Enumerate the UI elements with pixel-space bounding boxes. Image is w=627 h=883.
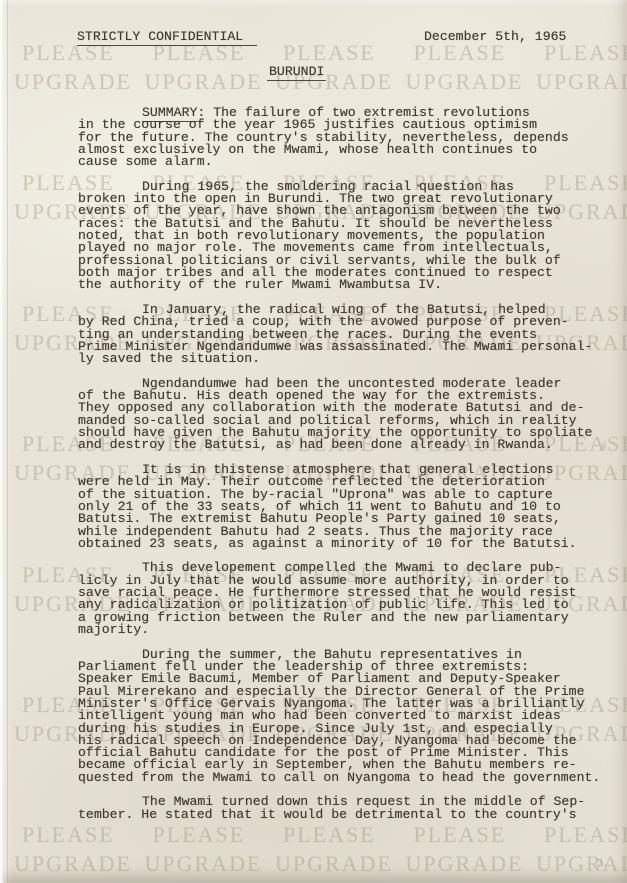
document-date: December 5th, 1965 bbox=[424, 29, 566, 44]
text-line: cause some alarm. bbox=[78, 156, 578, 168]
text-line: a growing friction between the Ruler and… bbox=[78, 612, 578, 624]
text-line: majority. bbox=[78, 624, 578, 636]
paragraph: SUMMARY: The failure of two extremist re… bbox=[78, 107, 578, 169]
text-line: the authority of the ruler Mwami Mwambut… bbox=[78, 279, 578, 291]
text-line: and destroy the Batutsi, as had been don… bbox=[78, 439, 578, 451]
text-line: quested from the Mwami to call on Nyango… bbox=[78, 772, 578, 784]
paragraph: This developement compelled the Mwami to… bbox=[78, 562, 578, 636]
text-line: obtained 23 seats, as against a minority… bbox=[78, 538, 578, 550]
paragraph: The Mwami turned down this request in th… bbox=[78, 796, 578, 821]
text-line: tember. He stated that it would be detri… bbox=[78, 809, 578, 821]
typed-content: STRICTLY CONFIDENTIAL December 5th, 1965… bbox=[0, 0, 627, 883]
page-number: 3. bbox=[597, 858, 607, 870]
ink-speck bbox=[417, 184, 420, 187]
paragraph: In January, the radical wing of the Batu… bbox=[78, 304, 578, 366]
pencil-smudge bbox=[598, 436, 610, 456]
paragraph: Ngendandumwe had been the uncontested mo… bbox=[78, 378, 578, 452]
text-line: ly saved the situation. bbox=[78, 353, 578, 365]
document-title: BURUNDI bbox=[267, 64, 326, 81]
document-body: SUMMARY: The failure of two extremist re… bbox=[78, 107, 578, 821]
document-page: PLEASEUPGRADEPLEASEUPGRADEPLEASEUPGRADEP… bbox=[0, 0, 627, 883]
classification-stamp: STRICTLY CONFIDENTIAL bbox=[77, 29, 257, 46]
paragraph: It is in thistense atmosphere that gener… bbox=[78, 464, 578, 550]
paragraph: During the summer, the Bahutu representa… bbox=[78, 649, 578, 784]
paragraph: During 1965, the smoldering racial quest… bbox=[78, 181, 578, 292]
